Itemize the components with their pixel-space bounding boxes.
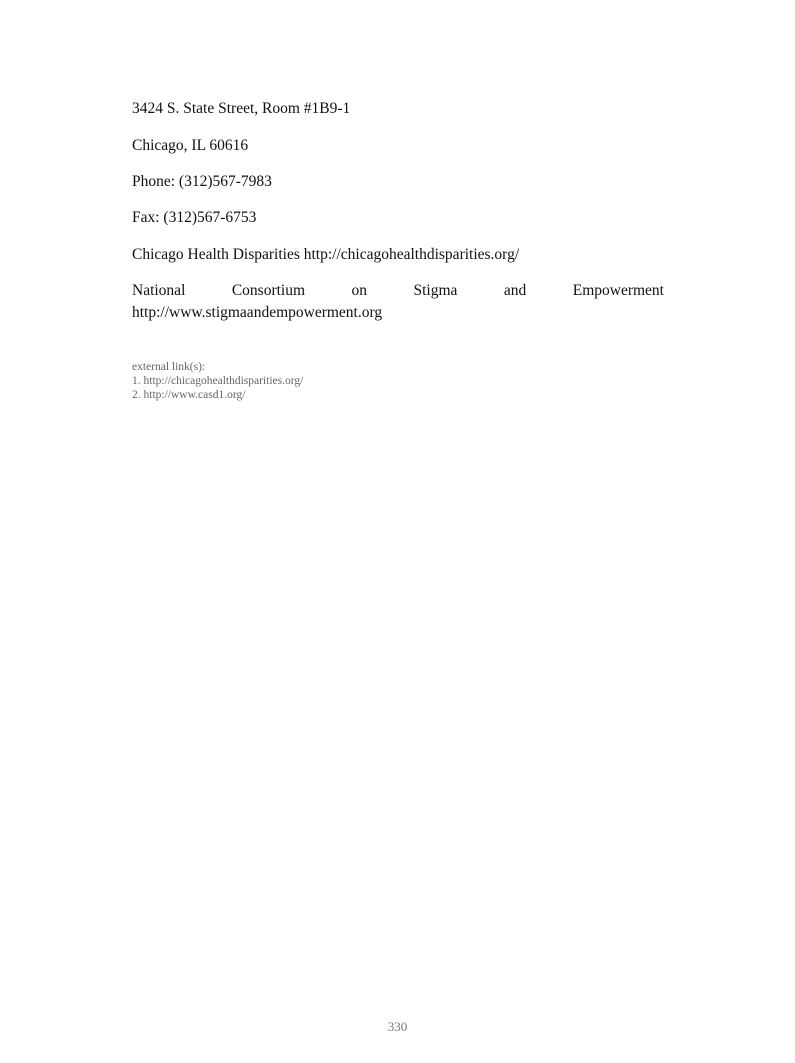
ncse-title: National Consortium on Stigma and Empowe… [132,280,664,302]
ncse-word: Stigma [413,280,457,302]
city-line: Chicago, IL 60616 [132,136,248,156]
ncse-word: and [504,280,526,302]
external-link-1[interactable]: 1. http://chicagohealthdisparities.org/ [132,374,303,388]
external-links-heading: external link(s): [132,360,303,374]
ncse-word: on [352,280,368,302]
address-line: 3424 S. State Street, Room #1B9-1 [132,99,350,119]
ncse-paragraph: National Consortium on Stigma and Empowe… [132,280,664,324]
ncse-url[interactable]: http://www.stigmaandempowerment.org [132,302,664,324]
page-number: 330 [0,1019,795,1035]
ncse-word: Empowerment [573,280,664,302]
external-link-2[interactable]: 2. http://www.casd1.org/ [132,388,303,402]
chicago-health-disparities-line: Chicago Health Disparities http://chicag… [132,245,519,265]
ncse-word: Consortium [232,280,305,302]
ncse-word: National [132,280,185,302]
phone-line: Phone: (312)567-7983 [132,172,272,192]
fax-line: Fax: (312)567-6753 [132,208,256,228]
external-links: external link(s): 1. http://chicagohealt… [132,360,303,402]
